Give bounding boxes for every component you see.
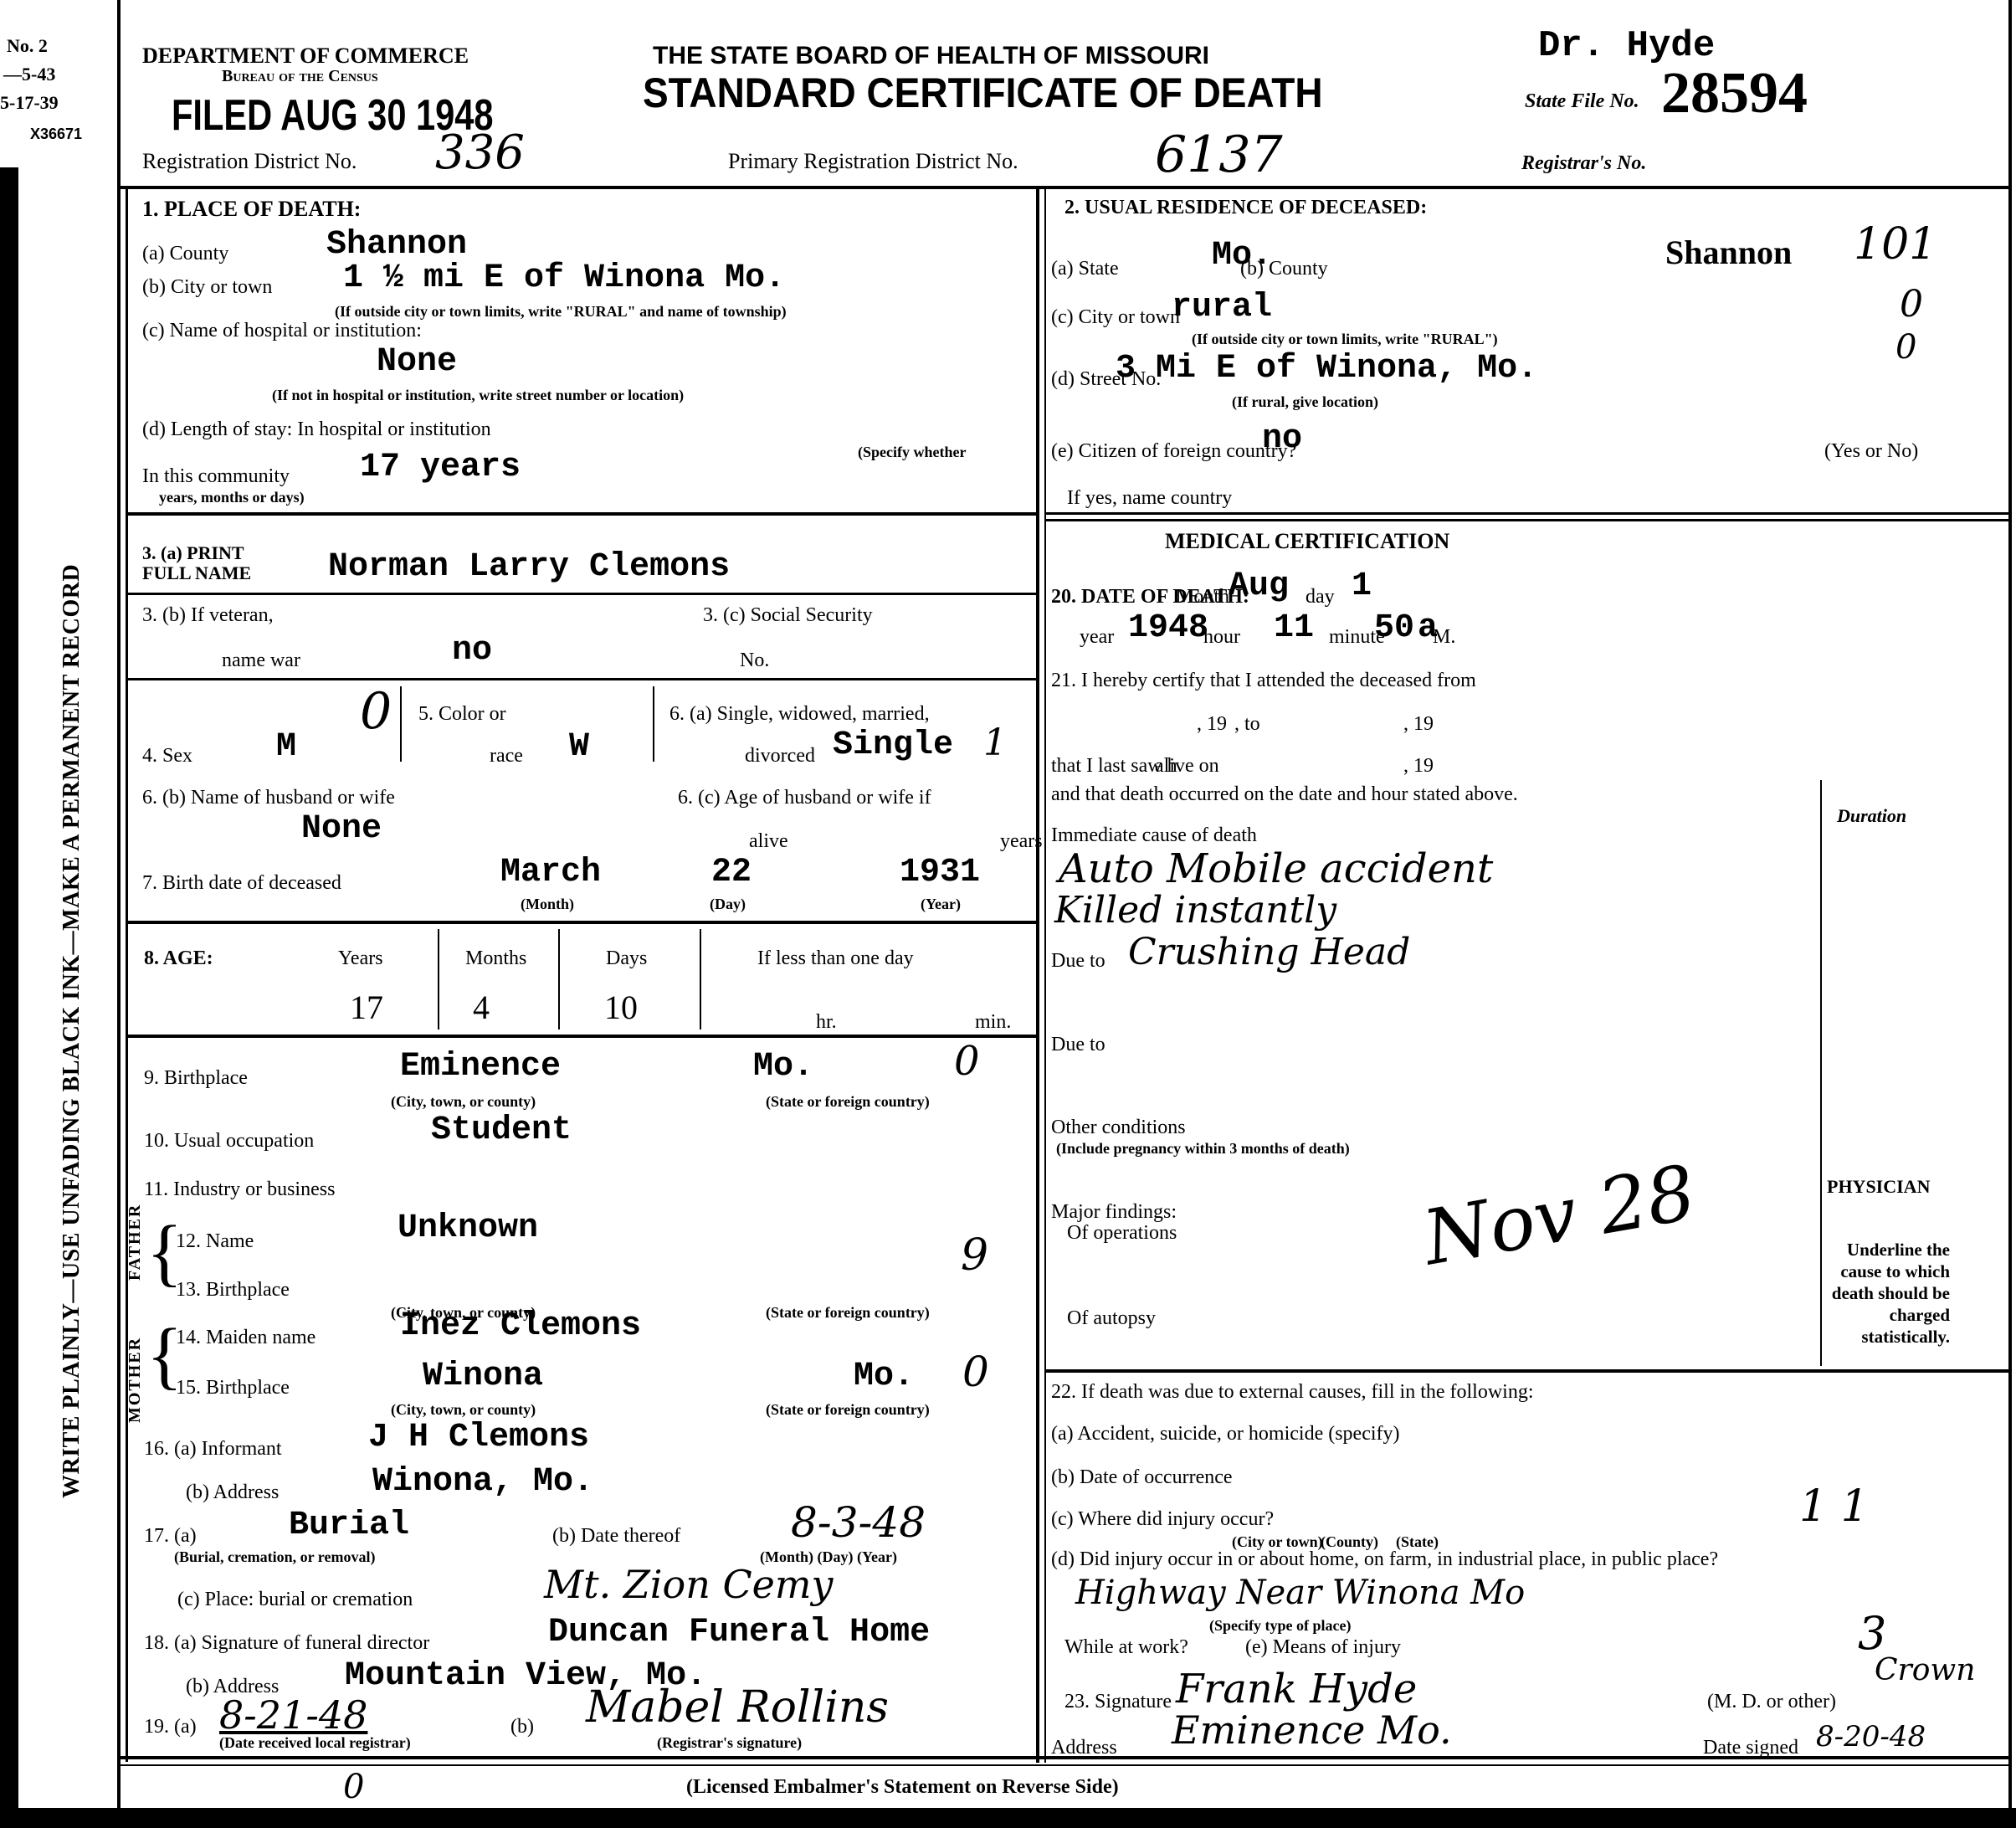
- reg-district-label: Registration District No.: [142, 149, 357, 174]
- residence-heading: 2. USUAL RESIDENCE OF DECEASED:: [1064, 197, 1427, 219]
- certify-line3-c: , 19: [1403, 755, 1434, 778]
- disposal-value: Burial: [289, 1507, 409, 1544]
- pod-county: Shannon: [326, 226, 467, 264]
- received-hint: (Date received local registrar): [219, 1734, 411, 1752]
- name-label-bottom: FULL NAME: [142, 562, 251, 584]
- rule-2: [126, 593, 1036, 595]
- age-div-3: [700, 929, 701, 1030]
- means-code: 3: [1858, 1607, 1886, 1660]
- director-label: 18. (a) Signature of funeral director: [144, 1632, 429, 1655]
- registrar-signature: Mabel Rollins: [586, 1682, 889, 1733]
- veteran-label: 3. (b) If veteran,: [142, 604, 274, 627]
- death-hour-label: hour: [1203, 626, 1240, 649]
- rule-r1b: [1046, 519, 2008, 521]
- board-title: THE STATE BOARD OF HEALTH OF MISSOURI: [653, 42, 1209, 70]
- mother-side-label: MOTHER: [126, 1337, 145, 1423]
- marital-label-top: 6. (a) Single, widowed, married,: [669, 703, 930, 726]
- informant-value: J H Clemons: [368, 1419, 589, 1456]
- certify-line2-c: , 19: [1403, 713, 1434, 736]
- due-to-label-2: Due to: [1051, 1034, 1105, 1056]
- external-d-label: (d) Did injury occur in or about home, o…: [1051, 1548, 1718, 1571]
- pod-hospital-label: (c) Name of hospital or institution:: [142, 320, 422, 342]
- pod-community: 17 years: [360, 449, 521, 486]
- death-day: 1: [1352, 567, 1372, 605]
- war-value: no: [452, 632, 492, 670]
- color-label-bottom: race: [490, 745, 523, 768]
- certify-line4: and that death occurred on the date and …: [1051, 783, 1518, 806]
- res-county: Shannon: [1665, 233, 1792, 272]
- frame-left: [117, 0, 121, 1816]
- footer-rule-2: [121, 1764, 2008, 1766]
- birth-month-hint: (Month): [521, 896, 574, 913]
- date-signed: 8-20-48: [1816, 1720, 1926, 1754]
- film-number: X36671: [30, 126, 82, 143]
- death-hour: 11: [1274, 609, 1314, 647]
- certify-line1: 21. I hereby certify that I attended the…: [1051, 670, 1476, 692]
- color-label-top: 5. Color or: [418, 703, 506, 726]
- spouse-years-label: years: [1000, 830, 1043, 853]
- full-name: Norman Larry Clemons: [328, 548, 730, 586]
- informant-address: Winona, Mo.: [372, 1463, 593, 1501]
- spouse-label: 6. (b) Name of husband or wife: [142, 787, 395, 809]
- res-city: rural: [1172, 289, 1272, 326]
- reg-district-number: 336: [435, 126, 525, 180]
- mother-name: Inez Clemons: [400, 1307, 641, 1345]
- certify-line2-a: , 19: [1197, 713, 1227, 736]
- death-month-label: Month: [1176, 586, 1229, 608]
- rule-3: [126, 678, 1036, 680]
- signature-label: 23. Signature: [1064, 1691, 1172, 1713]
- rule-4: [126, 921, 1036, 924]
- immediate-cause-2: Killed instantly: [1054, 889, 1336, 932]
- burial-place-label: (c) Place: burial or cremation: [177, 1589, 413, 1611]
- pod-specify-hint: (Specify whether: [858, 444, 966, 461]
- margin-scrawl: Nov 28: [1417, 1148, 1701, 1282]
- age-years-label: Years: [338, 947, 383, 970]
- disposal-date: 8-3-48: [791, 1498, 926, 1547]
- birthplace-city-hint: (City, town, or county): [391, 1093, 536, 1111]
- immediate-cause-1: Auto Mobile accident: [1059, 845, 1493, 892]
- disposal-hint: (Burial, cremation, or removal): [174, 1548, 375, 1566]
- received-label: 19. (a): [144, 1716, 197, 1738]
- death-month: Aug: [1229, 567, 1289, 605]
- scan-edge-bottom: [0, 1808, 2016, 1828]
- means-label: (e) Means of injury: [1245, 1636, 1401, 1659]
- birthplace-state-hint: (State or foreign country): [766, 1093, 930, 1111]
- mother-birth-city-hint: (City, town, or county): [391, 1401, 536, 1419]
- pod-community-hint: years, months or days): [159, 489, 305, 506]
- state-file-number: 28594: [1661, 60, 1808, 127]
- mother-birth-code: 0: [962, 1348, 989, 1396]
- age-days: 10: [604, 988, 638, 1027]
- ss-no-label: No.: [740, 650, 769, 672]
- md-label: (M. D. or other): [1707, 1691, 1836, 1713]
- name-label-top: 3. (a) PRINT: [142, 542, 244, 564]
- father-birth-state-hint: (State or foreign country): [766, 1304, 930, 1322]
- birthplace-city: Eminence: [400, 1048, 561, 1086]
- race-value: W: [569, 728, 589, 766]
- external-c-label: (c) Where did injury occur?: [1051, 1508, 1274, 1531]
- age-months-label: Months: [465, 947, 526, 970]
- state-file-label: State File No.: [1525, 90, 1639, 113]
- marital-label-bottom: divorced: [745, 745, 815, 768]
- external-heading: 22. If death was due to external causes,…: [1051, 1381, 1534, 1404]
- header-rule: [121, 186, 2008, 189]
- res-county-label: (b) County: [1240, 258, 1328, 280]
- pod-city: 1 ½ mi E of Winona Mo.: [343, 259, 785, 297]
- disposal-date-label: (b) Date thereof: [552, 1525, 680, 1548]
- death-year: 1948: [1128, 609, 1208, 647]
- birth-label: 7. Birth date of deceased: [142, 872, 341, 895]
- underline-note: Underline the cause to which death shoul…: [1824, 1239, 1950, 1348]
- sex-code: 0: [360, 682, 392, 741]
- footer-rule: [121, 1756, 2008, 1759]
- father-birth-label: 13. Birthplace: [176, 1279, 290, 1302]
- phys-address: Eminence Mo.: [1172, 1707, 1452, 1753]
- director-value: Duncan Funeral Home: [548, 1614, 930, 1651]
- physician-signature: Frank Hyde: [1176, 1666, 1417, 1712]
- res-street: 3 Mi E of Winona, Mo.: [1116, 350, 1537, 388]
- father-side-label: FATHER: [126, 1204, 145, 1281]
- pod-city-hint: (If outside city or town limits, write "…: [335, 303, 787, 321]
- age-div-2: [558, 929, 560, 1030]
- scan-edge-left: [0, 167, 18, 1828]
- pod-hospital-hint: (If not in hospital or institution, writ…: [272, 387, 684, 404]
- death-minute: 50: [1374, 609, 1414, 647]
- column-divider-2: [1044, 189, 1046, 1763]
- form-rev1: —5-43: [3, 64, 55, 85]
- registrar-sig-label: (b): [510, 1716, 534, 1738]
- frame-left-inner: [126, 188, 128, 1762]
- place-of-death-heading: 1. PLACE OF DEATH:: [142, 197, 361, 222]
- informant-label: 16. (a) Informant: [144, 1438, 282, 1461]
- age-less-label: If less than one day: [757, 947, 914, 970]
- form-rev2: 5-17-39: [0, 92, 59, 114]
- external-c-code: 1 1: [1799, 1481, 1869, 1532]
- due-to-value-1: Crushing Head: [1128, 931, 1410, 973]
- form-number: No. 2: [7, 35, 48, 57]
- birthplace-state: Mo.: [753, 1048, 813, 1086]
- mother-name-label: 14. Maiden name: [176, 1327, 315, 1349]
- dept-title: DEPARTMENT OF COMMERCE: [142, 44, 469, 69]
- res-citizen-label: (e) Citizen of foreign country?: [1051, 440, 1296, 463]
- age-months: 4: [473, 988, 490, 1027]
- bureau-title: Bureau of the Census: [222, 67, 378, 86]
- res-citizen: no: [1262, 420, 1302, 458]
- major-findings-label: Major findings:: [1051, 1201, 1177, 1224]
- registrar-sig-hint: (Registrar's signature): [657, 1734, 802, 1752]
- certificate-title: STANDARD CERTIFICATE OF DEATH: [643, 69, 1323, 117]
- due-to-label-1: Due to: [1051, 950, 1105, 973]
- work-label: While at work?: [1064, 1636, 1188, 1659]
- rule-r2: [1046, 1369, 2008, 1373]
- death-year-label: year: [1080, 626, 1114, 649]
- birth-day-hint: (Day): [710, 896, 746, 913]
- duration-label: Duration: [1837, 805, 1906, 827]
- rule-r1: [1046, 512, 2008, 515]
- death-m-label: M.: [1433, 626, 1455, 649]
- sex-value: M: [276, 728, 296, 766]
- external-d-value: Highway Near Winona Mo: [1075, 1574, 1525, 1612]
- burial-place: Mt. Zion Cemy: [544, 1562, 833, 1607]
- physician-label: PHYSICIAN: [1827, 1176, 1930, 1198]
- death-day-label: day: [1306, 586, 1335, 608]
- spouse-value: None: [301, 810, 382, 848]
- birth-year: 1931: [900, 854, 980, 891]
- operations-label: Of operations: [1067, 1222, 1177, 1245]
- birth-day: 22: [711, 854, 752, 891]
- mother-birth-city: Winona: [423, 1358, 543, 1395]
- frame-right: [2008, 0, 2012, 1816]
- received-date: 8-21-48: [219, 1692, 367, 1738]
- birthplace-code: 0: [954, 1038, 980, 1085]
- mother-birth-state: Mo.: [854, 1358, 914, 1395]
- age-min-label: min.: [975, 1011, 1011, 1034]
- pod-community-label: In this community: [142, 465, 290, 488]
- other-conditions-hint: (Include pregnancy within 3 months of de…: [1056, 1140, 1350, 1158]
- res-city-hint: (If outside city or town limits, write "…: [1192, 331, 1498, 348]
- res-street-hint: (If rural, give location): [1232, 393, 1378, 411]
- spouse-age-label-top: 6. (c) Age of husband or wife if: [678, 787, 931, 809]
- duration-divider: [1820, 780, 1822, 1366]
- mother-birth-state-hint: (State or foreign country): [766, 1401, 930, 1419]
- age-hr-label: hr.: [816, 1011, 837, 1034]
- age-years: 17: [350, 988, 383, 1027]
- vertical-instruction: WRITE PLAINLY—USE UNFADING BLACK INK—MAK…: [59, 564, 85, 1498]
- medical-heading: MEDICAL CERTIFICATION: [1165, 529, 1449, 554]
- mother-birth-label: 15. Birthplace: [176, 1377, 290, 1399]
- age-days-label: Days: [606, 947, 647, 970]
- disposal-label: 17. (a): [144, 1525, 197, 1548]
- pod-stay-label: (d) Length of stay: In hospital or insti…: [142, 418, 491, 441]
- sex-label: 4. Sex: [142, 745, 192, 768]
- age-heading: 8. AGE:: [144, 947, 213, 970]
- res-country-label: If yes, name country: [1067, 487, 1232, 510]
- industry-label: 11. Industry or business: [144, 1178, 335, 1201]
- pod-city-label: (b) City or town: [142, 276, 272, 299]
- res-street-code-top: 0: [1895, 328, 1916, 367]
- res-city-label: (c) City or town: [1051, 306, 1180, 329]
- res-city-code: 0: [1900, 283, 1923, 326]
- other-conditions-label: Other conditions: [1051, 1117, 1186, 1139]
- res-citizen-hint: (Yes or No): [1824, 440, 1918, 463]
- marital-code: 1: [983, 721, 1007, 764]
- primary-reg-number: 6137: [1155, 126, 1283, 184]
- informant-address-label: (b) Address: [186, 1481, 279, 1504]
- external-b-label: (b) Date of occurrence: [1051, 1466, 1233, 1489]
- primary-reg-label: Primary Registration District No.: [728, 149, 1018, 174]
- rule-1: [126, 512, 1036, 516]
- column-divider: [1036, 189, 1039, 1763]
- footer-code: 0: [343, 1768, 364, 1806]
- autopsy-label: Of autopsy: [1067, 1307, 1156, 1330]
- certify-line3-b: alive on: [1155, 755, 1219, 778]
- rule-5: [126, 1035, 1036, 1038]
- father-name-label: 12. Name: [176, 1230, 254, 1253]
- war-label: name war: [222, 650, 300, 672]
- external-a-label: (a) Accident, suicide, or homicide (spec…: [1051, 1423, 1400, 1445]
- marital-value: Single: [833, 727, 953, 764]
- sex-divider: [400, 686, 402, 762]
- father-name: Unknown: [398, 1209, 538, 1247]
- immediate-cause-label: Immediate cause of death: [1051, 824, 1257, 847]
- race-divider: [653, 686, 654, 762]
- pod-county-label: (a) County: [142, 243, 228, 265]
- res-county-code: 101: [1854, 219, 1936, 270]
- age-div-1: [438, 929, 439, 1030]
- res-state-label: (a) State: [1051, 258, 1119, 280]
- father-code: 9: [961, 1230, 988, 1281]
- birth-month: March: [500, 854, 601, 891]
- means-note: Crown: [1875, 1653, 1975, 1687]
- ss-label: 3. (c) Social Security: [703, 604, 873, 627]
- birthplace-label: 9. Birthplace: [144, 1067, 248, 1090]
- occupation-value: Student: [431, 1112, 572, 1149]
- birth-year-hint: (Year): [921, 896, 961, 913]
- pod-hospital: None: [377, 343, 457, 381]
- occupation-label: 10. Usual occupation: [144, 1130, 314, 1153]
- embalmer-note: (Licensed Embalmer's Statement on Revers…: [686, 1776, 1119, 1799]
- registrar-no-label: Registrar's No.: [1521, 152, 1646, 175]
- spouse-age-label-bottom: alive: [749, 830, 788, 853]
- external-d-hint: (Specify type of place): [1209, 1617, 1351, 1635]
- certify-line2-b: , to: [1234, 713, 1260, 736]
